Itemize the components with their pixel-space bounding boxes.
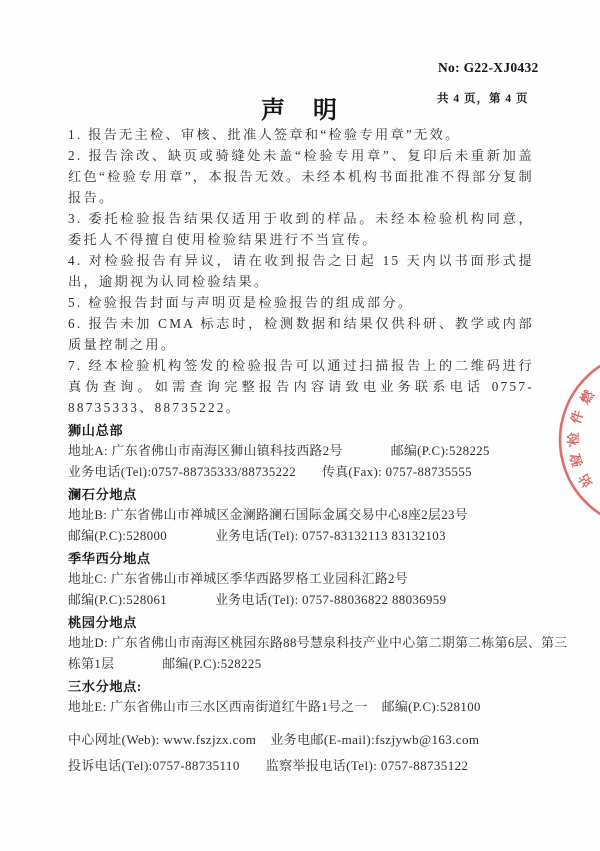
footer-contacts: 中心网址(Web): www.fszjzx.com业务电邮(E-mail):fs… <box>68 727 534 779</box>
postcode-phone-line: 邮编(P.C):528000业务电话(Tel): 0757-83132113 8… <box>68 526 534 547</box>
address-text: 栋第1层 <box>68 657 114 671</box>
email-text: 业务电邮(E-mail):fszjywb@163.com <box>270 727 479 753</box>
stamp-char: 检 <box>566 431 581 445</box>
phone-line: 业务电话(Tel):0757-88735333/88735222传真(Fax):… <box>68 462 534 483</box>
page-title: 声 明 <box>0 90 600 125</box>
statements-list: 1. 报告无主检、审核、批准人签章和“检验专用章”无效。 2. 报告涂改、缺页或… <box>68 124 534 418</box>
location-heading: 季华西分地点 <box>68 549 534 569</box>
postcode-text: 邮编(P.C):528100 <box>382 697 481 718</box>
location-heading: 狮山总部 <box>68 421 534 441</box>
footer-row-phones: 投诉电话(Tel):0757-88735110监察举报电话(Tel): 0757… <box>68 753 534 779</box>
address-line-e: 地址E: 广东省佛山市三水区西南街道红牛路1号之一邮编(P.C):528100 <box>68 697 534 718</box>
location-heading: 桃园分地点 <box>68 613 534 633</box>
location-section-jihuaxi: 季华西分地点 地址C: 广东省佛山市禅城区季华西路罗格工业园科汇路2号 邮编(P… <box>68 549 534 610</box>
stamp-char: 验 <box>567 452 585 469</box>
address-text: 地址A: 广东省佛山市南海区狮山镇科技西路2号 <box>68 444 343 458</box>
complaint-phone-text: 投诉电话(Tel):0757-88735110 <box>68 758 240 773</box>
postcode-phone-line: 邮编(P.C):528061业务电话(Tel): 0757-88036822 8… <box>68 590 534 611</box>
stamp-dot <box>570 455 573 458</box>
address-text: 地址B: 广东省佛山市禅城区金澜路澜石国际金属交易中心8座2层23号 <box>68 508 468 522</box>
address-line-a: 地址A: 广东省佛山市南海区狮山镇科技西路2号邮编(P.C):528225 <box>68 441 534 462</box>
stamp-char: 站 <box>576 471 596 490</box>
red-seal-stamp-partial: 燃 件 检 验 站 <box>540 350 600 530</box>
phone-text: 业务电话(Tel): 0757-88036822 88036959 <box>215 590 446 611</box>
report-phone-text: 监察举报电话(Tel): 0757-88735122 <box>266 753 469 779</box>
report-number: No: G22-XJ0432 <box>438 60 539 76</box>
statement-item-3: 3. 委托检验报告结果仅适用于收到的样品。未经本检验机构同意，委托人不得擅自使用… <box>68 208 534 250</box>
phone-text: 业务电话(Tel): 0757-83132113 83132103 <box>215 526 446 547</box>
location-heading: 澜石分地点 <box>68 485 534 505</box>
statement-item-6: 6. 报告未加 CMA 标志时，检测数据和结果仅供科研、教学或内部质量控制之用。 <box>68 313 534 355</box>
address-line-c: 地址C: 广东省佛山市禅城区季华西路罗格工业园科汇路2号 <box>68 569 534 590</box>
stamp-dot <box>569 445 572 448</box>
statement-item-1: 1. 报告无主检、审核、批准人签章和“检验专用章”无效。 <box>68 124 534 145</box>
stamp-char: 件 <box>568 409 586 426</box>
statement-item-4: 4. 对检验报告有异议，请在收到报告之日起 15 天内以书面形式提出，逾期视为认… <box>68 250 534 292</box>
stamp-char: 燃 <box>577 387 598 408</box>
content-area: 1. 报告无主检、审核、批准人签章和“检验专用章”无效。 2. 报告涂改、缺页或… <box>68 124 534 779</box>
statement-item-5: 5. 检验报告封面与声明页是检验报告的组成部分。 <box>68 292 534 313</box>
postcode-text: 邮编(P.C):528000 <box>68 529 167 543</box>
postcode-text: 邮编(P.C):528061 <box>68 593 167 607</box>
location-section-headquarters: 狮山总部 地址A: 广东省佛山市南海区狮山镇科技西路2号邮编(P.C):5282… <box>68 421 534 482</box>
location-heading: 三水分地点: <box>68 677 534 697</box>
location-section-lanshi: 澜石分地点 地址B: 广东省佛山市禅城区金澜路澜石国际金属交易中心8座2层23号… <box>68 485 534 546</box>
declaration-page: No: G22-XJ0432 共 4 页，第 4 页 声 明 1. 报告无主检、… <box>0 0 600 851</box>
phone-text: 业务电话(Tel):0757-88735333/88735222 <box>68 465 296 479</box>
location-section-sanshui: 三水分地点: 地址E: 广东省佛山市三水区西南街道红牛路1号之一邮编(P.C):… <box>68 677 534 718</box>
address-text: 地址D: 广东省佛山市南海区桃园东路88号慧泉科技产业中心第二期第二栋第6层、第… <box>68 636 567 650</box>
locations-list: 狮山总部 地址A: 广东省佛山市南海区狮山镇科技西路2号邮编(P.C):5282… <box>68 421 534 718</box>
address-line-d: 地址D: 广东省佛山市南海区桃园东路88号慧泉科技产业中心第二期第二栋第6层、第… <box>68 633 534 654</box>
postcode-text: 邮编(P.C):528225 <box>391 441 490 462</box>
statement-item-2: 2. 报告涂改、缺页或骑缝处未盖“检验专用章”、复印后未重新加盖红色“检验专用章… <box>68 145 534 208</box>
address-line-d-wrap: 栋第1层邮编(P.C):528225 <box>68 654 534 675</box>
fax-text: 传真(Fax): 0757-88735555 <box>322 462 472 483</box>
address-text: 地址E: 广东省佛山市三水区西南街道红牛路1号之一 <box>68 700 368 714</box>
footer-row-web-email: 中心网址(Web): www.fszjzx.com业务电邮(E-mail):fs… <box>68 727 534 753</box>
address-text: 地址C: 广东省佛山市禅城区季华西路罗格工业园科汇路2号 <box>68 572 408 586</box>
address-line-b: 地址B: 广东省佛山市禅城区金澜路澜石国际金属交易中心8座2层23号 <box>68 505 534 526</box>
statement-item-7: 7. 经本检验机构签发的检验报告可以通过扫描报告上的二维码进行真伪查询。如需查询… <box>68 355 534 418</box>
website-text: 中心网址(Web): www.fszjzx.com <box>68 732 256 747</box>
location-section-taoyuan: 桃园分地点 地址D: 广东省佛山市南海区桃园东路88号慧泉科技产业中心第二期第二… <box>68 613 534 674</box>
postcode-text: 邮编(P.C):528225 <box>162 654 261 675</box>
